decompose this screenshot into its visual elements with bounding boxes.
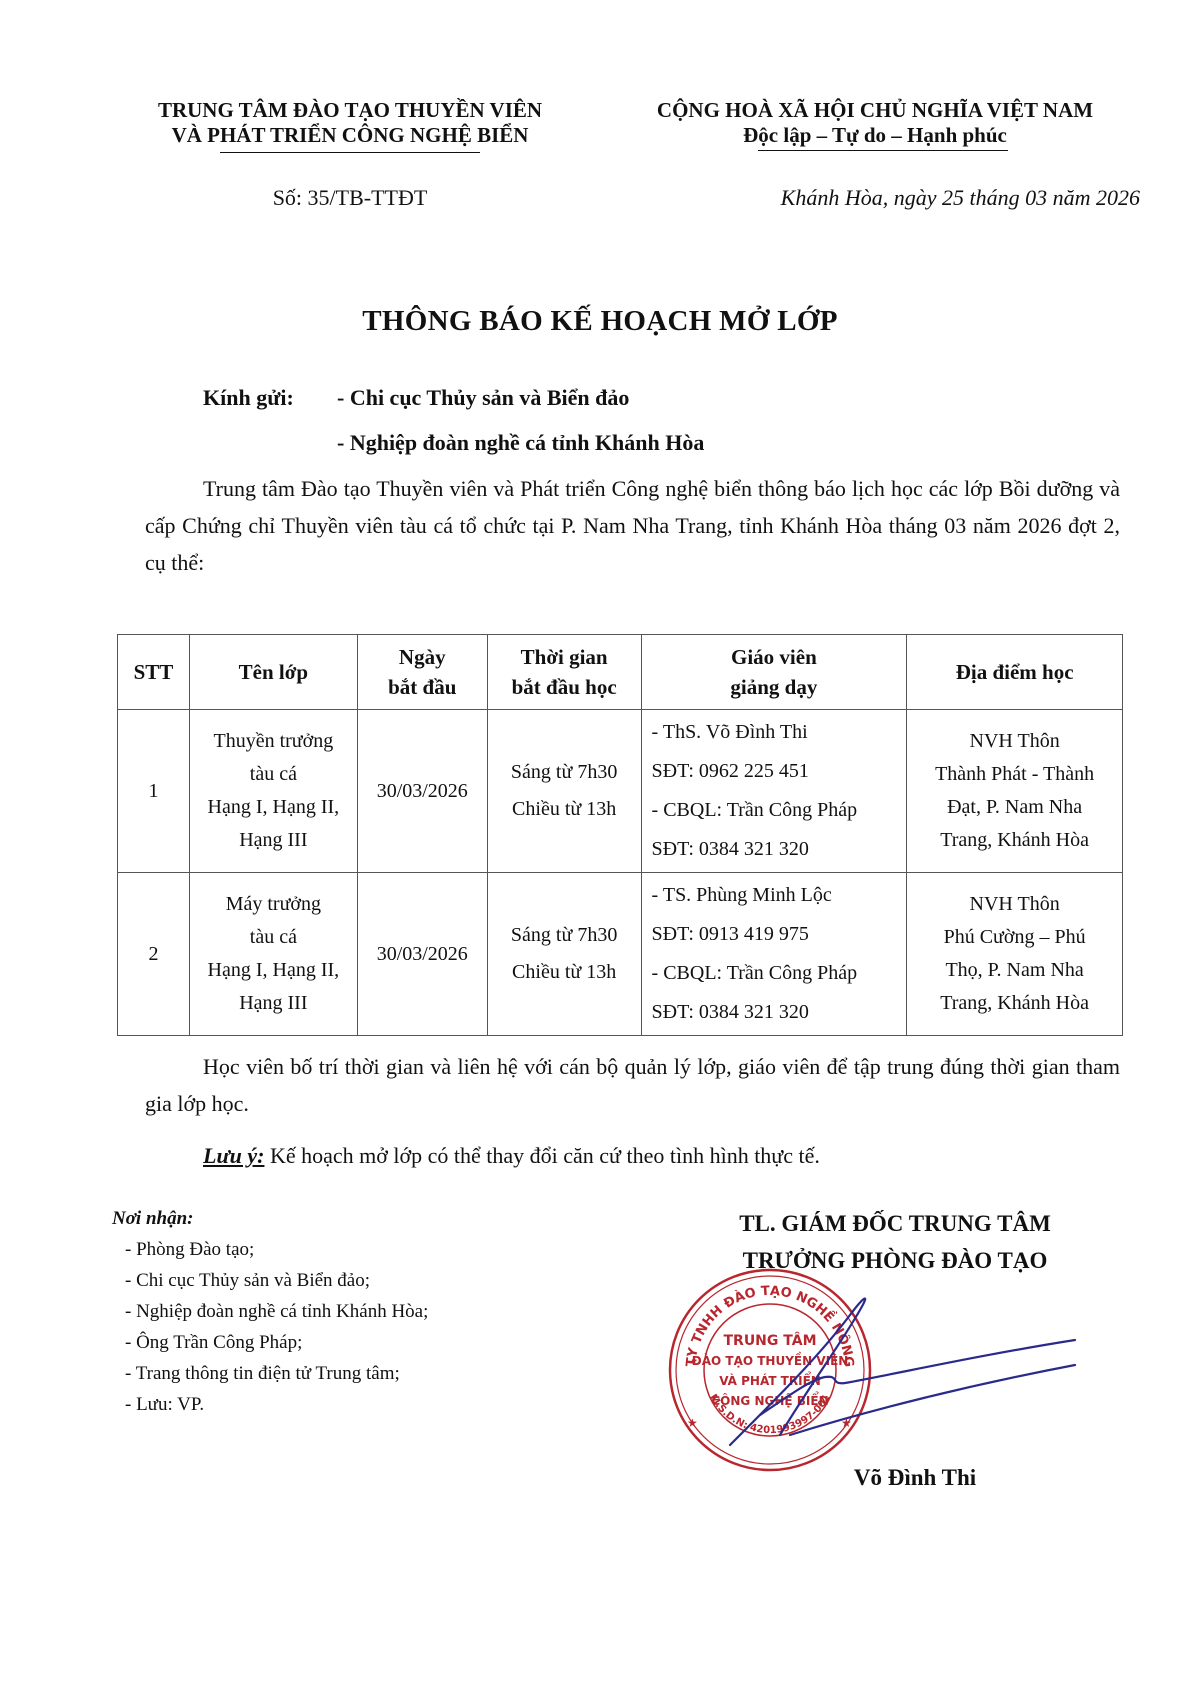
distribution-item: - Chi cục Thủy sản và Biển đảo; [125, 1265, 428, 1296]
header-class-name: Tên lớp [189, 635, 357, 710]
document-number: Số: 35/TB-TTĐT [110, 185, 590, 211]
national-heading: CỘNG HOÀ XÃ HỘI CHỦ NGHĨA VIỆT NAM Độc l… [600, 98, 1150, 151]
org-name-line1: TRUNG TÂM ĐÀO TẠO THUYỀN VIÊN [110, 98, 590, 123]
svg-text:★: ★ [687, 1416, 698, 1430]
table-header-row: STT Tên lớp Ngàybắt đầu Thời gianbắt đầu… [118, 635, 1123, 710]
note-label: Lưu ý: [203, 1143, 264, 1168]
table-row: 1 Thuyền trưởngtàu cáHạng I, Hạng II,Hạn… [118, 710, 1123, 873]
distribution-item: - Ông Trần Công Pháp; [125, 1327, 428, 1358]
cell-start-date: 30/03/2026 [357, 873, 487, 1036]
header-location: Địa điểm học [907, 635, 1123, 710]
signatory-line1: TL. GIÁM ĐỐC TRUNG TÂM [680, 1205, 1110, 1242]
cell-time: Sáng từ 7h30Chiều từ 13h [487, 873, 641, 1036]
class-schedule-table: STT Tên lớp Ngàybắt đầu Thời gianbắt đầu… [117, 634, 1123, 1036]
table-row: 2 Máy trưởngtàu cáHạng I, Hạng II,Hạng I… [118, 873, 1123, 1036]
greeting-label: Kính gửi: [203, 385, 294, 411]
closing-text: Học viên bố trí thời gian và liên hệ với… [145, 1054, 1120, 1116]
note-text: Kế hoạch mở lớp có thể thay đổi căn cứ t… [264, 1143, 819, 1168]
cell-teachers: - ThS. Võ Đình ThiSĐT: 0962 225 451- CBQ… [641, 710, 907, 873]
cell-stt: 2 [118, 873, 190, 1036]
recipient-2: - Nghiệp đoàn nghề cá tỉnh Khánh Hòa [337, 430, 704, 456]
motto-underline [758, 150, 1008, 151]
issuing-organization: TRUNG TÂM ĐÀO TẠO THUYỀN VIÊN VÀ PHÁT TR… [110, 98, 590, 153]
distribution-list: - Phòng Đào tạo; - Chi cục Thủy sản và B… [125, 1234, 428, 1420]
note-line: Lưu ý: Kế hoạch mở lớp có thể thay đổi c… [203, 1143, 820, 1169]
cell-class-name: Máy trưởngtàu cáHạng I, Hạng II,Hạng III [189, 873, 357, 1036]
document-title: THÔNG BÁO KẾ HOẠCH MỞ LỚP [0, 305, 1200, 338]
cell-location: NVH ThônThành Phát - ThànhĐạt, P. Nam Nh… [907, 710, 1123, 873]
cell-class-name: Thuyền trưởngtàu cáHạng I, Hạng II,Hạng … [189, 710, 357, 873]
distribution-title: Nơi nhận: [112, 1208, 193, 1230]
intro-text: Trung tâm Đào tạo Thuyền viên và Phát tr… [145, 476, 1120, 575]
distribution-item: - Trang thông tin điện tử Trung tâm; [125, 1358, 428, 1389]
distribution-item: - Phòng Đào tạo; [125, 1234, 428, 1265]
nation-motto: Độc lập – Tự do – Hạnh phúc [600, 123, 1150, 148]
cell-start-date: 30/03/2026 [357, 710, 487, 873]
cell-teachers: - TS. Phùng Minh LộcSĐT: 0913 419 975- C… [641, 873, 907, 1036]
cell-location: NVH ThônPhú Cường – PhúThọ, P. Nam NhaTr… [907, 873, 1123, 1036]
nation-name: CỘNG HOÀ XÃ HỘI CHỦ NGHĨA VIỆT NAM [600, 98, 1150, 123]
cell-time: Sáng từ 7h30Chiều từ 13h [487, 710, 641, 873]
distribution-item: - Nghiệp đoàn nghề cá tỉnh Khánh Hòa; [125, 1296, 428, 1327]
cell-stt: 1 [118, 710, 190, 873]
closing-paragraph: Học viên bố trí thời gian và liên hệ với… [145, 1048, 1120, 1122]
intro-paragraph: Trung tâm Đào tạo Thuyền viên và Phát tr… [145, 470, 1120, 581]
org-underline [220, 152, 480, 153]
distribution-item: - Lưu: VP. [125, 1389, 428, 1420]
org-name-line2: VÀ PHÁT TRIỂN CÔNG NGHỆ BIỂN [110, 123, 590, 148]
recipient-1: - Chi cục Thủy sản và Biển đảo [337, 385, 629, 411]
signer-name: Võ Đình Thi [680, 1465, 1110, 1491]
header-stt: STT [118, 635, 190, 710]
place-and-date: Khánh Hòa, ngày 25 tháng 03 năm 2026 [600, 185, 1150, 211]
header-start-date: Ngàybắt đầu [357, 635, 487, 710]
handwritten-signature-icon [720, 1285, 1080, 1455]
header-teacher: Giáo viêngiảng dạy [641, 635, 907, 710]
header-start-time: Thời gianbắt đầu học [487, 635, 641, 710]
